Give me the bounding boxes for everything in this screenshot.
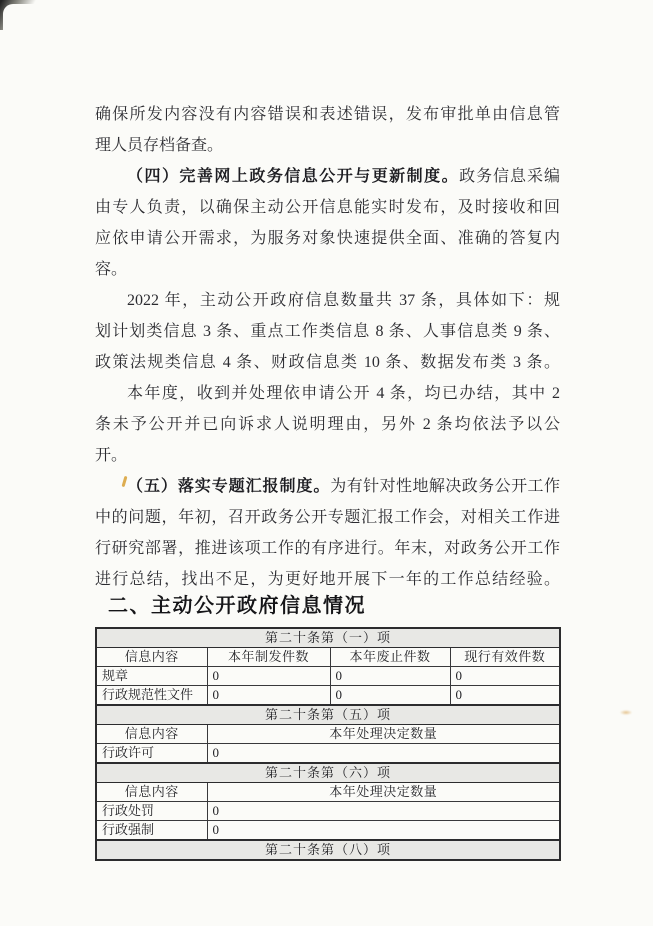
cell-value: 0 (330, 686, 450, 706)
column-header: 信息内容 (96, 783, 207, 802)
row-label: 行政规范性文件 (96, 686, 207, 706)
cell-value: 0 (207, 686, 330, 706)
cell-value: 0 (330, 667, 450, 686)
column-header: 信息内容 (96, 725, 207, 744)
bold-run: （五）落实专题汇报制度。 (127, 478, 330, 495)
table-row: 行政处罚0 (96, 802, 560, 821)
cell-value: 0 (207, 821, 560, 841)
text-line: 政策法规类信息 4 条、财政信息类 10 条、数据发布类 3 条。 (95, 347, 560, 378)
cell-value: 0 (450, 667, 560, 686)
section-heading: 二、主动公开政府信息情况 (95, 593, 560, 619)
text-line: 开。 (95, 440, 560, 471)
row-label: 规章 (96, 667, 207, 686)
column-header: 本年处理决定数量 (207, 725, 560, 744)
column-header: 信息内容 (96, 648, 207, 667)
column-header: 现行有效件数 (450, 648, 560, 667)
text-line: 进行总结，找出不足，为更好地开展下一年的工作总结经验。 (95, 564, 560, 595)
table-row: 第二十条第（一）项 (96, 628, 560, 648)
text-line: 由专人负责，以确保主动公开信息能实时发布，及时接收和回 (95, 192, 560, 223)
table-row: 信息内容本年处理决定数量 (96, 783, 560, 802)
table-row: 行政规范性文件000 (96, 686, 560, 706)
table-row: 第二十条第（五）项 (96, 705, 560, 725)
text-line: 本年度，收到并处理依申请公开 4 条，均已办结，其中 2 (95, 378, 560, 409)
document-page: 确保所发内容没有内容错误和表述错误，发布审批单由信息管理人员存档备查。（四）完善… (0, 0, 653, 926)
table-row: 第二十条第（八）项 (96, 840, 560, 860)
bold-run: （四）完善网上政务信息公开与更新制度。 (127, 168, 459, 185)
text-line: 应依申请公开需求，为服务对象快速提供全面、准确的答复内 (95, 223, 560, 254)
text-line: 确保所发内容没有内容错误和表述错误，发布审批单由信息管 (95, 99, 560, 130)
cell-value: 0 (207, 802, 560, 821)
text-line: （四）完善网上政务信息公开与更新制度。政务信息采编 (95, 161, 560, 192)
table-row: 规章000 (96, 667, 560, 686)
disclosure-table: 第二十条第（一）项信息内容本年制发件数本年废止件数现行有效件数规章000行政规范… (95, 627, 561, 861)
cell-value: 0 (450, 686, 560, 706)
column-header: 本年废止件数 (330, 648, 450, 667)
smudge-artifact (620, 710, 632, 715)
row-label: 行政处罚 (96, 802, 207, 821)
table-row: 信息内容本年制发件数本年废止件数现行有效件数 (96, 648, 560, 667)
table-section-band: 第二十条第（六）项 (96, 763, 560, 783)
text-line: 划计划类信息 3 条、重点工作类信息 8 条、人事信息类 9 条、 (95, 316, 560, 347)
column-header: 本年处理决定数量 (207, 783, 560, 802)
column-header: 本年制发件数 (207, 648, 330, 667)
cell-value: 0 (207, 667, 330, 686)
text-line: 2022 年，主动公开政府信息数量共 37 条，具体如下：规 (95, 285, 560, 316)
table-row: 第二十条第（六）项 (96, 763, 560, 783)
text-line: 容。 (95, 254, 560, 285)
text-line: 行研究部署，推进该项工作的有序进行。年末，对政务公开工作 (95, 533, 560, 564)
cell-value: 0 (207, 744, 560, 764)
table-section-band: 第二十条第（八）项 (96, 840, 560, 860)
scan-corner-artifact (0, 0, 50, 30)
row-label: 行政强制 (96, 821, 207, 841)
text-line: 中的问题，年初，召开政务公开专题汇报工作会，对相关工作进 (95, 502, 560, 533)
text-line: 条未予公开并已向诉求人说明理由，另外 2 条均依法予以公 (95, 409, 560, 440)
text-line: 理人员存档备查。 (95, 130, 560, 161)
row-label: 行政许可 (96, 744, 207, 764)
table-section-band: 第二十条第（一）项 (96, 628, 560, 648)
table-section-band: 第二十条第（五）项 (96, 705, 560, 725)
table-row: 信息内容本年处理决定数量 (96, 725, 560, 744)
body-paragraphs: 确保所发内容没有内容错误和表述错误，发布审批单由信息管理人员存档备查。（四）完善… (95, 99, 560, 595)
table-row: 行政许可0 (96, 744, 560, 764)
table-row: 行政强制0 (96, 821, 560, 841)
text-line: （五）落实专题汇报制度。为有针对性地解决政务公开工作 (95, 471, 560, 502)
